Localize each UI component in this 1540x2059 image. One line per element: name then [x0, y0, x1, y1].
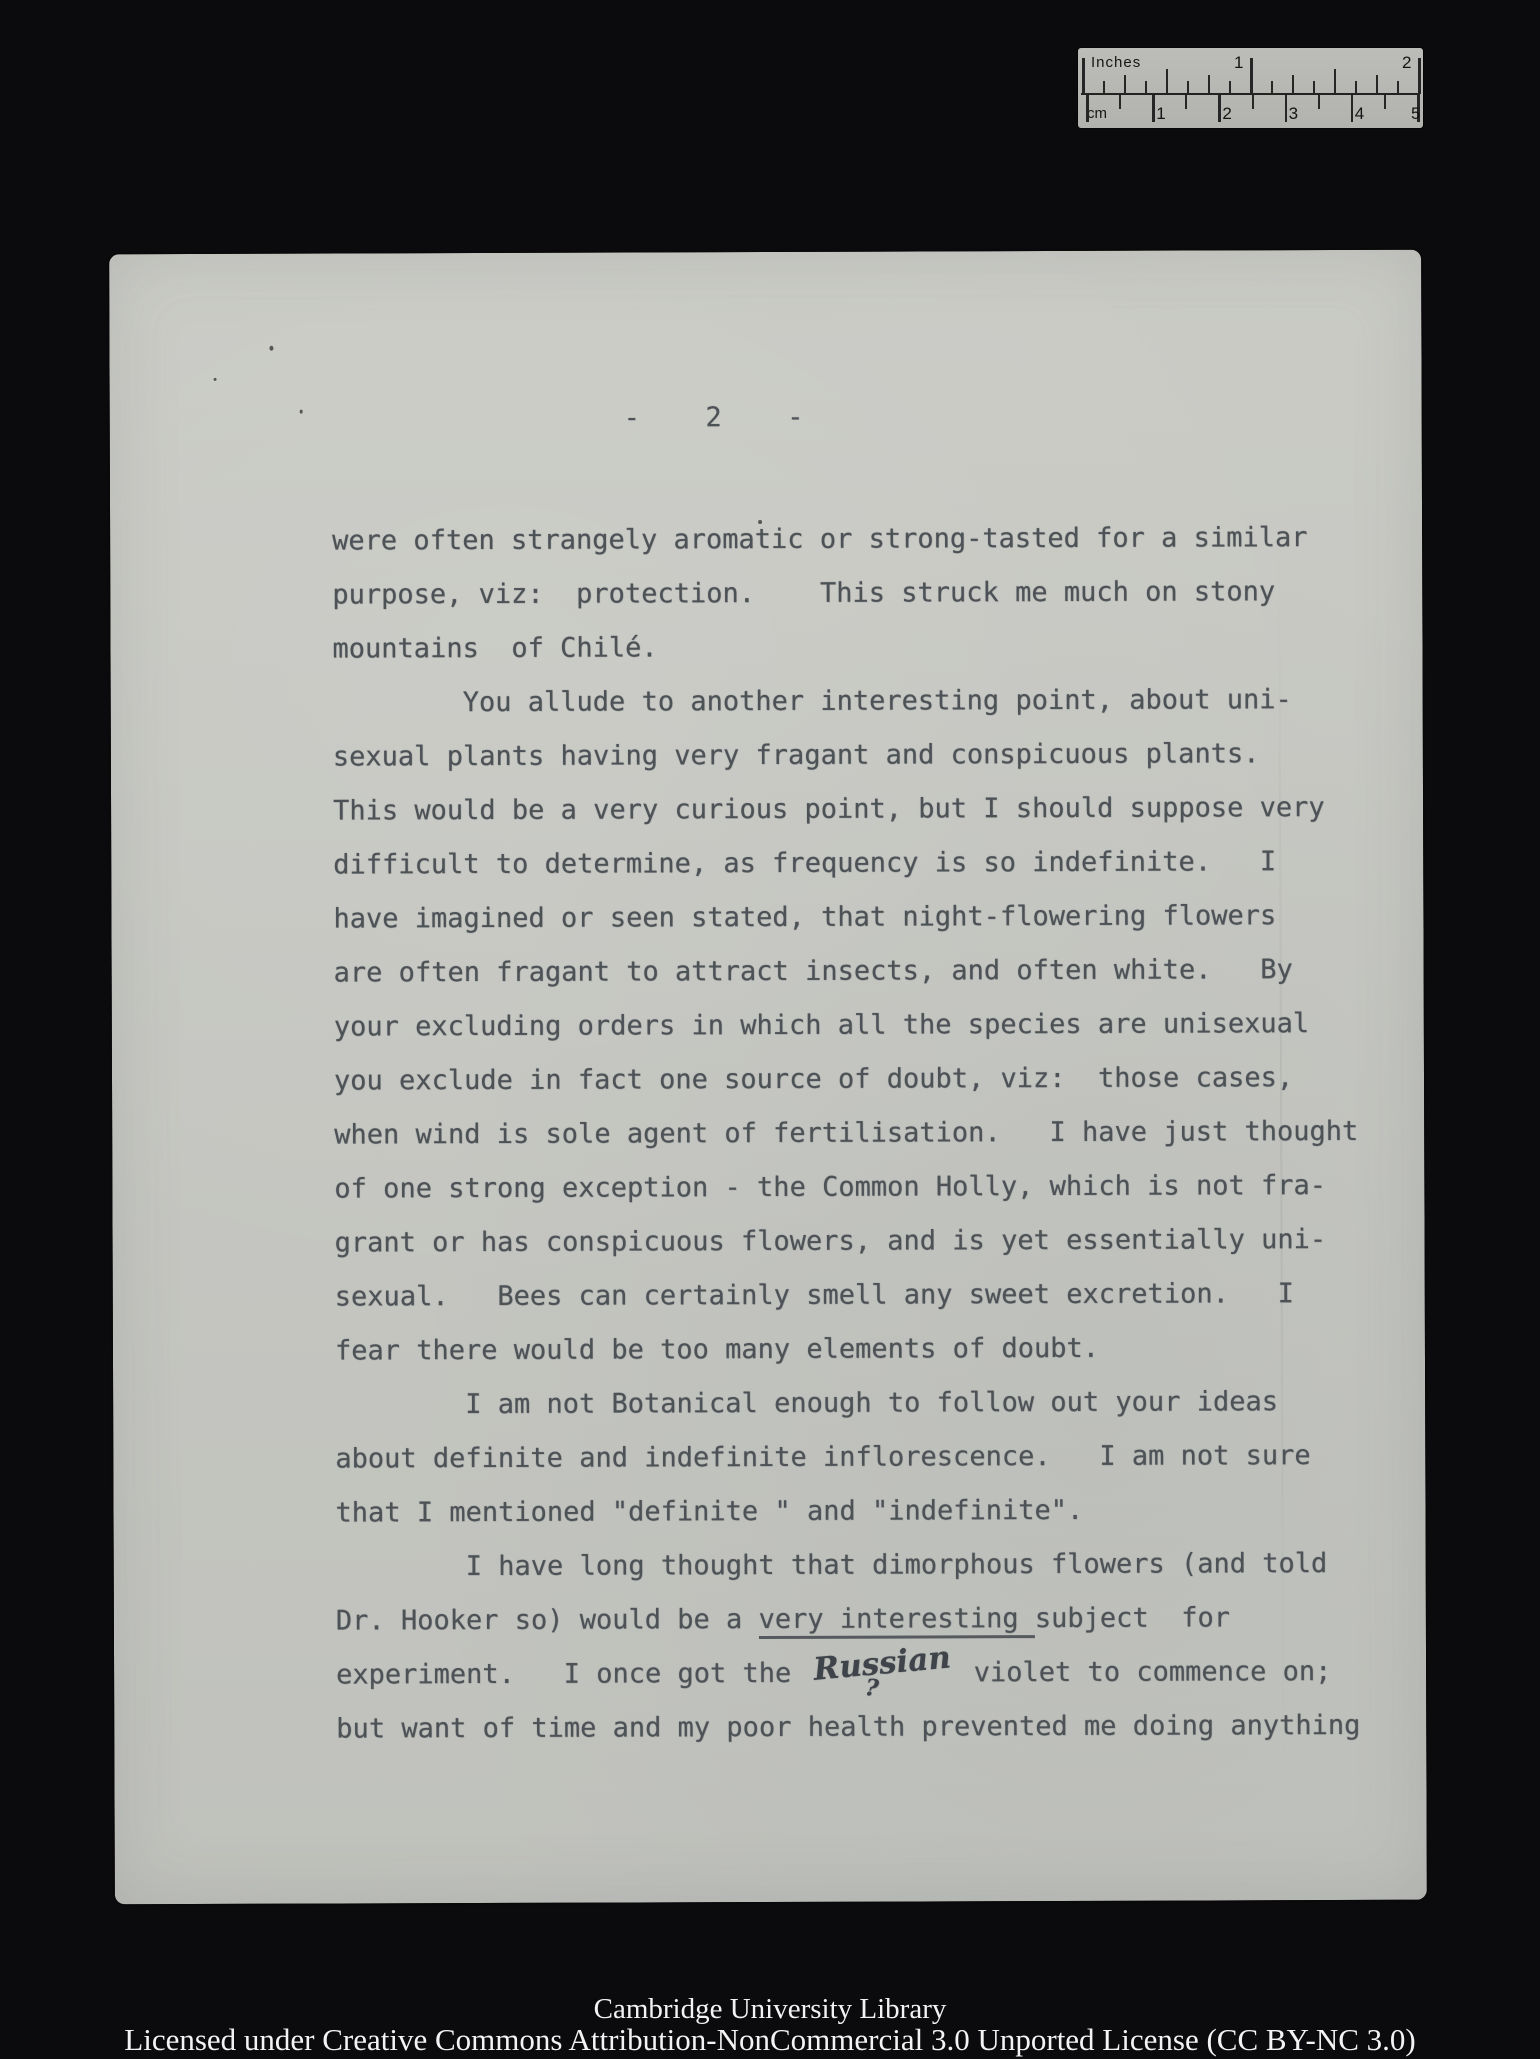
ruler-tick: [1187, 81, 1189, 94]
ruler-tick: [1185, 95, 1187, 109]
typed-segment: are often fragant to attract insects, an…: [334, 954, 1293, 988]
typed-line: were often strangely aromatic or strong-…: [332, 511, 1402, 569]
ruler-tick: [1376, 75, 1378, 94]
typed-segment: sexual plants having very fragant and co…: [333, 738, 1260, 772]
ruler-inch-number: 2: [1402, 53, 1411, 73]
typed-segment: were often strangely aromatic or strong-…: [332, 522, 1307, 556]
ruler-inches-label: Inches: [1091, 54, 1141, 71]
typed-segment: fear there would be too many elements of…: [335, 1333, 1099, 1367]
typed-line: experiment. I once got the Russian? viol…: [336, 1645, 1406, 1703]
letter-page: - 2 - were often strangely aromatic or s…: [109, 250, 1427, 1905]
ruler-tick: [1271, 81, 1273, 94]
typed-segment: your excluding orders in which all the s…: [334, 1008, 1309, 1042]
typed-text-block: were often strangely aromatic or strong-…: [332, 511, 1406, 1757]
ruler-tick: [1351, 95, 1354, 122]
typed-segment: difficult to determine, as frequency is …: [333, 846, 1276, 880]
typed-line: Dr. Hooker so) would be a very interesti…: [336, 1591, 1406, 1649]
attribution-library: Cambridge University Library: [0, 1995, 1540, 2024]
typed-line: sexual plants having very fragant and co…: [333, 727, 1403, 785]
page-number: - 2 -: [624, 402, 815, 434]
ruler-tick: [1418, 58, 1421, 94]
ruler-cm-label: cm: [1087, 105, 1107, 122]
ruler-tick: [1218, 95, 1221, 122]
typed-segment: that I mentioned "definite " and "indefi…: [335, 1495, 1083, 1529]
typed-segment: I have long thought that dimorphous flow…: [336, 1548, 1328, 1582]
typed-line: about definite and indefinite infloresce…: [335, 1429, 1405, 1487]
paper-speck: [214, 378, 217, 381]
ruler-tick: [1397, 81, 1399, 94]
ruler-tick: [1355, 81, 1357, 94]
typed-line: You allude to another interesting point,…: [333, 673, 1403, 731]
typed-line: I am not Botanical enough to follow out …: [335, 1375, 1405, 1433]
typed-segment: You allude to another interesting point,…: [333, 684, 1292, 718]
typed-line: when wind is sole agent of fertilisation…: [334, 1105, 1404, 1163]
typed-segment: when wind is sole agent of fertilisation…: [334, 1116, 1358, 1151]
typed-line: purpose, viz: protection. This struck me…: [332, 565, 1402, 623]
typed-line: This would be a very curious point, but …: [333, 781, 1403, 839]
ruler-tick: [1086, 95, 1089, 122]
ruler-cm-number: 1: [1156, 104, 1165, 124]
typed-line: but want of time and my poor health prev…: [336, 1699, 1406, 1757]
typed-segment: Dr. Hooker so) would be a: [336, 1604, 759, 1636]
typed-segment: about definite and indefinite infloresce…: [335, 1440, 1310, 1474]
typed-line: mountains of Chilé.: [332, 619, 1402, 677]
typed-segment: of one strong exception - the Common Hol…: [334, 1170, 1326, 1204]
paper-speck: [269, 346, 273, 351]
typed-segment: but want of time and my poor health prev…: [336, 1710, 1360, 1745]
typed-segment: you exclude in fact one source of doubt,…: [334, 1062, 1293, 1096]
ruler-tick: [1082, 58, 1085, 94]
typed-segment: mountains of Chilé.: [332, 632, 657, 664]
ruler-cm-number: 2: [1222, 104, 1231, 124]
typed-segment: subject for: [1035, 1602, 1230, 1634]
typed-segment: violet to commence on;: [957, 1656, 1331, 1688]
ruler-tick: [1229, 81, 1231, 94]
paper-speck: [300, 410, 303, 414]
scan-background: { "ruler": { "inches_label": "Inches", "…: [0, 0, 1540, 2059]
typed-line: of one strong exception - the Common Hol…: [334, 1159, 1404, 1217]
ruler-tick: [1166, 69, 1168, 94]
typed-line: grant or has conspicuous flowers, and is…: [334, 1213, 1404, 1271]
ruler-cm-number: 5: [1411, 104, 1420, 124]
attribution-footer: Cambridge University Library Licensed un…: [0, 1995, 1540, 2059]
typed-segment: I am not Botanical enough to follow out …: [335, 1386, 1278, 1420]
typed-line: your excluding orders in which all the s…: [334, 997, 1404, 1055]
ruler-tick: [1119, 95, 1121, 109]
ruler-cm-number: 4: [1355, 104, 1364, 124]
typed-line: difficult to determine, as frequency is …: [333, 835, 1403, 893]
underlined-phrase: very interesting: [758, 1603, 1034, 1639]
typed-segment: experiment. I once got the: [336, 1658, 808, 1691]
ruler-tick: [1208, 75, 1210, 94]
ruler-tick: [1313, 81, 1315, 94]
ruler-tick: [1384, 95, 1386, 109]
handwritten-query-mark: ?: [864, 1676, 880, 1700]
typed-line: are often fragant to attract insects, an…: [334, 943, 1404, 1001]
typed-segment: have imagined or seen stated, that night…: [333, 900, 1276, 934]
ruler-tick: [1145, 81, 1147, 94]
typed-line: have imagined or seen stated, that night…: [333, 889, 1403, 947]
typed-segment: purpose, viz: protection. This struck me…: [332, 576, 1275, 610]
typed-line: sexual. Bees can certainly smell any swe…: [335, 1267, 1405, 1325]
ruler-cm-number: 3: [1289, 104, 1298, 124]
ruler-inch-number: 1: [1234, 53, 1243, 73]
handwritten-word: Russian: [812, 1642, 952, 1684]
typed-line: fear there would be too many elements of…: [335, 1321, 1405, 1379]
typed-segment: grant or has conspicuous flowers, and is…: [335, 1224, 1327, 1258]
ruler-tick: [1334, 69, 1336, 94]
ruler: Inches cm 1212345: [1078, 48, 1423, 128]
ruler-tick: [1252, 95, 1254, 109]
ruler-tick: [1103, 81, 1105, 94]
ruler-tick: [1292, 75, 1294, 94]
typed-line: you exclude in fact one source of doubt,…: [334, 1051, 1404, 1109]
ruler-tick: [1285, 95, 1288, 122]
ruler-tick: [1124, 75, 1126, 94]
ruler-tick: [1318, 95, 1320, 109]
typed-line: that I mentioned "definite " and "indefi…: [335, 1483, 1405, 1541]
attribution-license: Licensed under Creative Commons Attribut…: [0, 2024, 1540, 2056]
typed-segment: sexual. Bees can certainly smell any swe…: [335, 1278, 1294, 1312]
ruler-tick: [1250, 58, 1253, 94]
handwritten-insertion: Russian?: [807, 1646, 957, 1677]
ruler-tick: [1152, 95, 1155, 122]
typed-line: I have long thought that dimorphous flow…: [336, 1537, 1406, 1595]
typed-segment: This would be a very curious point, but …: [333, 792, 1325, 826]
